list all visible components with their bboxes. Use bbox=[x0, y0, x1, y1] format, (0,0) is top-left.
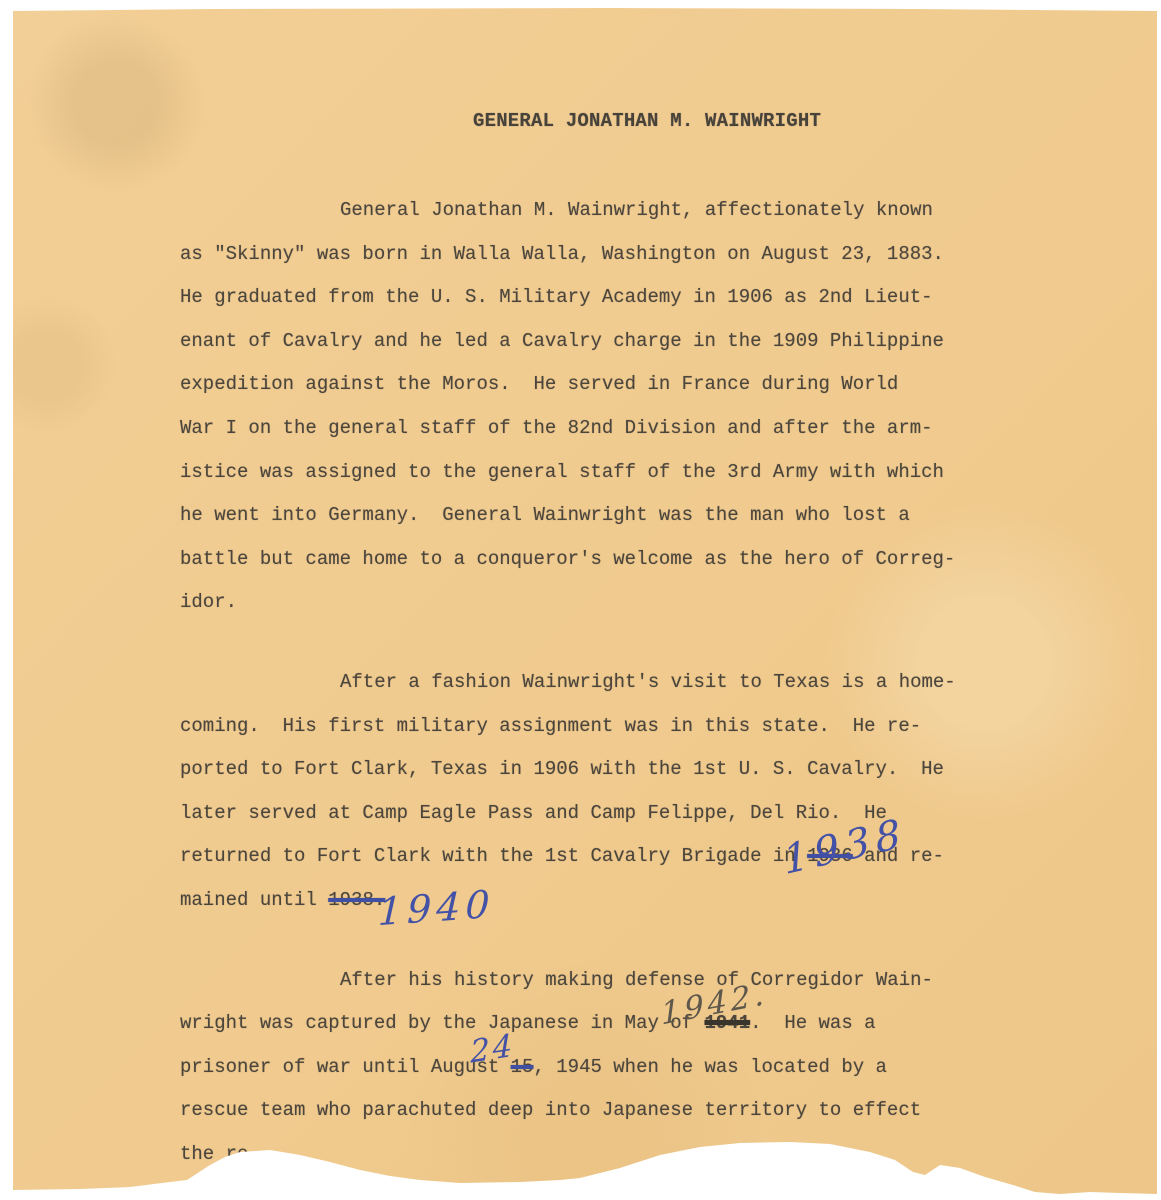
typed-line: expedition against the Moros. He served … bbox=[180, 363, 980, 407]
paragraph-2: After a fashion Wainwright's visit to Te… bbox=[180, 661, 980, 923]
typed-line: coming. His first military assignment wa… bbox=[180, 705, 980, 749]
typed-line: battle but came home to a conqueror's we… bbox=[180, 538, 980, 582]
typed-line: After his history making defense of Corr… bbox=[180, 959, 980, 1003]
typed-line-with-correction: prisoner of war until August 15, 1945 wh… bbox=[180, 1046, 980, 1090]
typed-line-with-correction: wright was captured by the Japanese in M… bbox=[180, 1002, 980, 1046]
typed-line: ported to Fort Clark, Texas in 1906 with… bbox=[180, 748, 980, 792]
paper-sheet-torn: GENERAL JONATHAN M. WAINWRIGHT General J… bbox=[13, 8, 1157, 1200]
typed-text: mained until bbox=[180, 889, 328, 911]
typed-line: enant of Cavalry and he led a Cavalry ch… bbox=[180, 320, 980, 364]
typed-text: prisoner of war until August bbox=[180, 1056, 511, 1078]
typed-line: General Jonathan M. Wainwright, affectio… bbox=[180, 189, 980, 233]
typed-line: he went into Germany. General Wainwright… bbox=[180, 494, 980, 538]
typed-line: War I on the general staff of the 82nd D… bbox=[180, 407, 980, 451]
document-body: General Jonathan M. Wainwright, affectio… bbox=[180, 189, 980, 1176]
typed-line: idor. bbox=[180, 581, 980, 625]
handwritten-correction-1940: 1940 bbox=[377, 882, 495, 934]
typed-text: wright was captured by the Japanese in M… bbox=[180, 1012, 705, 1034]
typed-line: istice was assigned to the general staff… bbox=[180, 451, 980, 495]
scan-background: GENERAL JONATHAN M. WAINWRIGHT General J… bbox=[0, 0, 1161, 1200]
typed-text: . He was a bbox=[750, 1012, 875, 1034]
document-title: GENERAL JONATHAN M. WAINWRIGHT bbox=[473, 110, 821, 132]
struck-year-1938: 1938. bbox=[328, 889, 385, 911]
paragraph-3: After his history making defense of Corr… bbox=[180, 959, 980, 1177]
typed-line: rescue team who parachuted deep into Jap… bbox=[180, 1089, 980, 1133]
typed-text: , 1945 when he was located by a bbox=[533, 1056, 886, 1078]
paragraph-1: General Jonathan M. Wainwright, affectio… bbox=[180, 189, 980, 625]
typed-line: as "Skinny" was born in Walla Walla, Was… bbox=[180, 233, 980, 277]
typed-line: He graduated from the U. S. Military Aca… bbox=[180, 276, 980, 320]
typed-line: After a fashion Wainwright's visit to Te… bbox=[180, 661, 980, 705]
typed-line-torn: the re bbox=[180, 1133, 980, 1177]
handwritten-correction-24: 24 bbox=[470, 1027, 516, 1070]
typed-line-with-correction: mained until 1938. bbox=[180, 879, 980, 923]
typed-text: returned to Fort Clark with the 1st Cava… bbox=[180, 845, 807, 867]
